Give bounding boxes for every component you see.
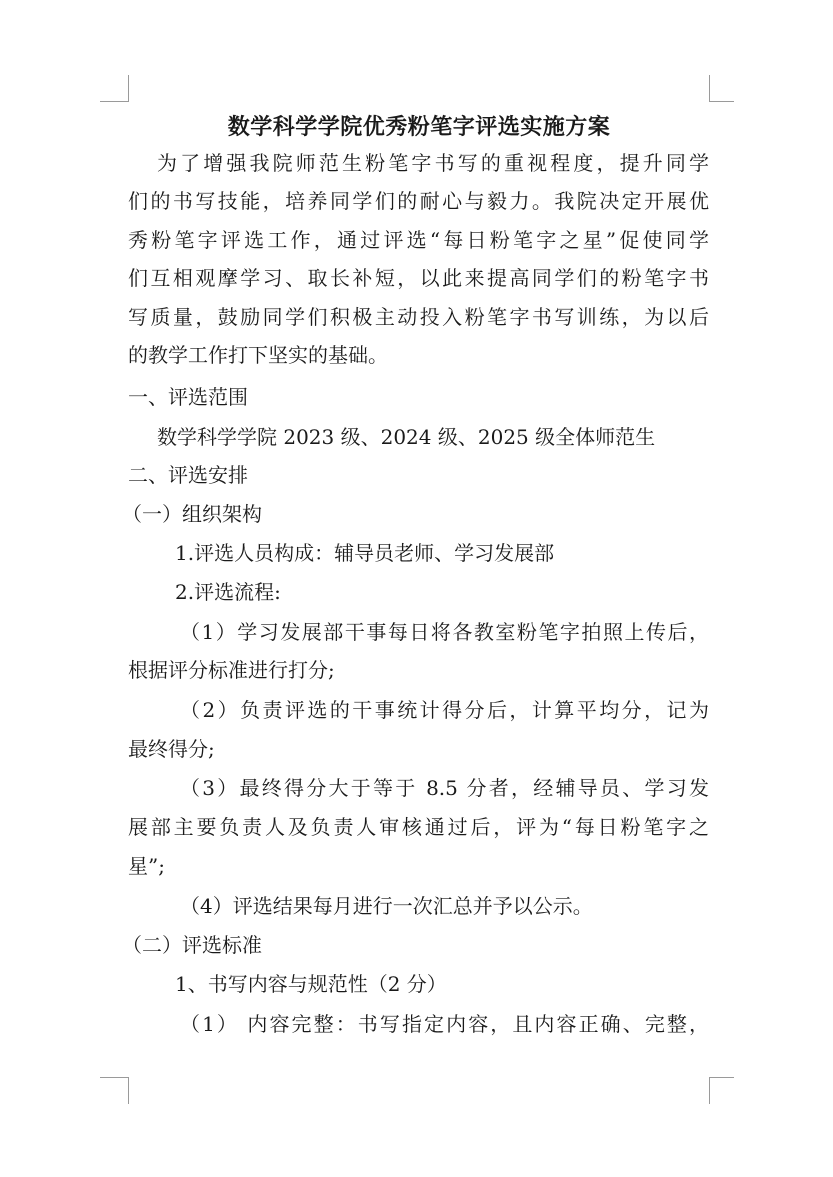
intro-line: 为了增强我院师范生粉笔字书写的重视程度，提升同学 bbox=[157, 151, 709, 175]
intro-line: 们互相观摩学习、取长补短，以此来提高同学们的粉笔字书 bbox=[128, 266, 709, 290]
intro-line: 的教学工作打下坚实的基础。 bbox=[128, 343, 388, 367]
crop-mark-top-left bbox=[100, 75, 129, 102]
org-item-process: 2.评选流程: bbox=[175, 580, 281, 604]
intro-line: 写质量，鼓励同学们积极主动投入粉笔字书写训练，为以后 bbox=[128, 305, 709, 329]
org-item-personnel: 1.评选人员构成：辅导员老师、学习发展部 bbox=[175, 541, 554, 565]
subsection-heading-organization: （一）组织架构 bbox=[122, 502, 262, 526]
intro-line: 秀粉笔字评选工作，通过评选“每日粉笔字之星”促使同学 bbox=[128, 228, 709, 252]
scope-content: 数学科学学院 2023 级、2024 级、2025 级全体师范生 bbox=[157, 425, 655, 449]
section-heading-arrangement: 二、评选安排 bbox=[128, 463, 248, 487]
process-step-3-cont: 展部主要负责人及负责人审核通过后，评为“每日粉笔字之 bbox=[128, 815, 709, 839]
process-step-2: （2）负责评选的干事统计得分后，计算平均分，记为 bbox=[180, 698, 709, 722]
subsection-heading-criteria: （二）评选标准 bbox=[122, 933, 262, 957]
crop-mark-top-right bbox=[709, 75, 734, 102]
process-step-3: （3）最终得分大于等于 8.5 分者，经辅导员、学习发 bbox=[180, 776, 709, 800]
criteria-item-1-1: （1） 内容完整：书写指定内容，且内容正确、完整， bbox=[180, 1012, 709, 1036]
document-title: 数学科学学院优秀粉笔字评选实施方案 bbox=[128, 110, 710, 141]
criteria-item-1: 1、书写内容与规范性（2 分） bbox=[175, 972, 447, 996]
process-step-2-cont: 最终得分; bbox=[128, 737, 215, 761]
intro-line: 们的书写技能，培养同学们的耐心与毅力。我院决定开展优 bbox=[128, 189, 709, 213]
process-step-1: （1）学习发展部干事每日将各教室粉笔字拍照上传后， bbox=[180, 620, 709, 644]
crop-mark-bottom-right bbox=[709, 1077, 734, 1104]
process-step-4: （4）评选结果每月进行一次汇总并予以公示。 bbox=[180, 894, 593, 918]
section-heading-scope: 一、评选范围 bbox=[128, 385, 248, 409]
process-step-1-cont: 根据评分标准进行打分; bbox=[128, 658, 335, 682]
process-step-3-cont: 星”; bbox=[128, 854, 165, 878]
crop-mark-bottom-left bbox=[100, 1077, 129, 1104]
